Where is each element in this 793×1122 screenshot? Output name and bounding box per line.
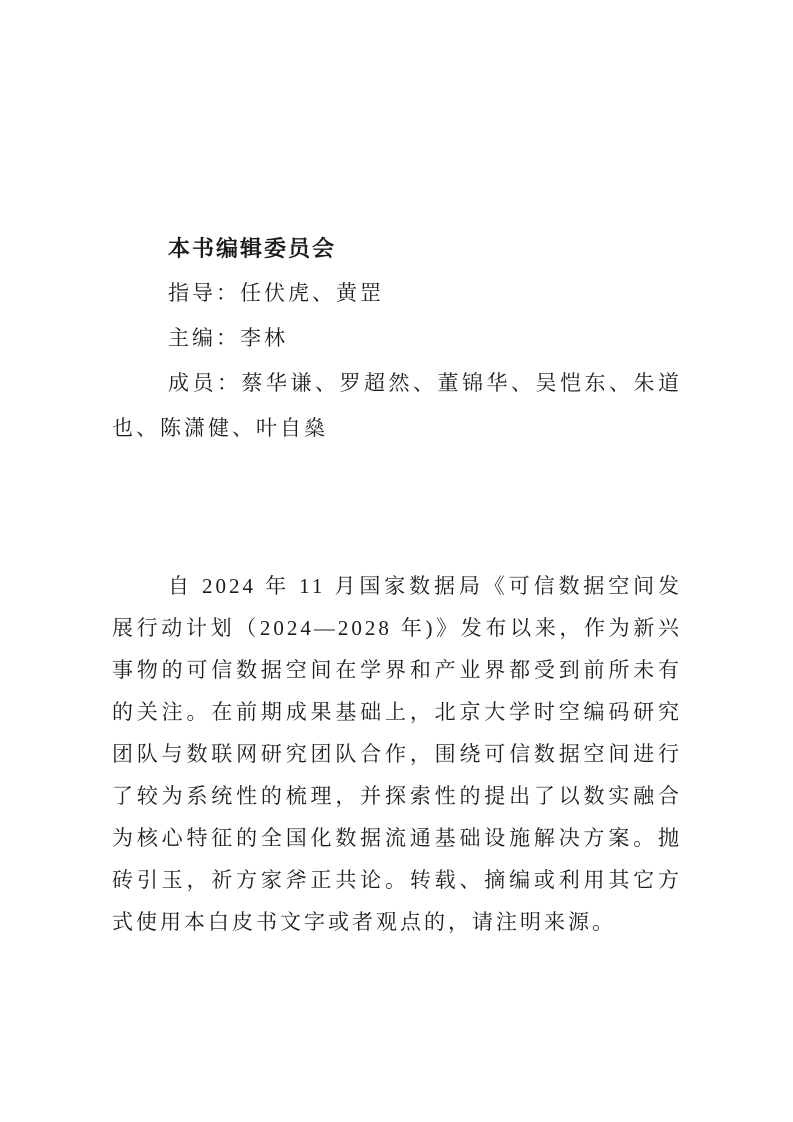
page-title: 本书编辑委员会 [112,226,682,271]
committee-advisors-line: 指导：任伏虎、黄罡 [112,271,682,316]
document-page: 本书编辑委员会 指导：任伏虎、黄罡 主编：李林 成员：蔡华谦、罗超然、董锦华、吴… [0,0,793,1122]
page-content: 本书编辑委员会 指导：任伏虎、黄罡 主编：李林 成员：蔡华谦、罗超然、董锦华、吴… [112,0,682,943]
preface-paragraph: 自 2024 年 11 月国家数据局《可信数据空间发展行动计划（2024—202… [112,565,682,943]
committee-chief-editor-line: 主编：李林 [112,316,682,361]
committee-members-line: 成员：蔡华谦、罗超然、董锦华、吴恺东、朱道也、陈潇健、叶自燊 [112,361,682,451]
